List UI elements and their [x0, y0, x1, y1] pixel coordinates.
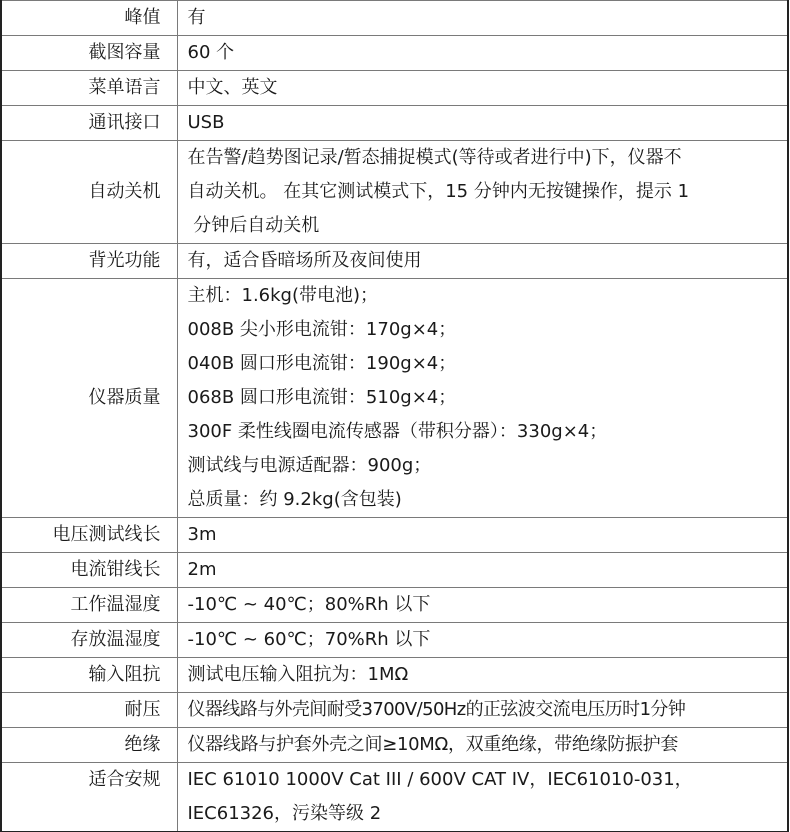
row-value: -10℃ ~ 40℃；80%Rh 以下 [177, 588, 788, 623]
table-row-auto-power-off: 自动关机 在告警/趋势图记录/暂态捕捉模式(等待或者进行中)下，仪器不 自动关机… [1, 141, 788, 244]
table-row-comm-interface: 通讯接口 USB [1, 106, 788, 141]
row-label: 截图容量 [1, 36, 177, 71]
value-line: 在告警/趋势图记录/暂态捕捉模式(等待或者进行中)下，仪器不 [188, 141, 788, 175]
value-line: -10℃ ~ 60℃；70%Rh 以下 [188, 623, 788, 657]
value-line: 有 [188, 1, 788, 35]
table-row-insulation: 绝缘 仪器线路与护套外壳之间≥10MΩ，双重绝缘，带绝缘防振护套 [1, 728, 788, 763]
row-label: 自动关机 [1, 141, 177, 244]
row-value: USB [177, 106, 788, 141]
value-line: IEC 61010 1000V Cat III / 600V CAT IV，IE… [188, 763, 788, 797]
value-line: 中文、英文 [188, 71, 788, 105]
value-line: 有，适合昏暗场所及夜间使用 [188, 244, 788, 278]
value-line: 仪器线路与外壳间耐受3700V/50Hz的正弦波交流电压历时1分钟 [188, 693, 788, 727]
row-value: 有，适合昏暗场所及夜间使用 [177, 244, 788, 279]
value-line: 300F 柔性线圈电流传感器（带积分器）：330g×4； [188, 415, 788, 449]
table-row-input-impedance: 输入阻抗 测试电压输入阻抗为：1MΩ [1, 658, 788, 693]
row-value: 测试电压输入阻抗为：1MΩ [177, 658, 788, 693]
table-row-screenshot-capacity: 截图容量 60 个 [1, 36, 788, 71]
table-row-safety-standards: 适合安规 IEC 61010 1000V Cat III / 600V CAT … [1, 763, 788, 832]
row-value: 仪器线路与护套外壳之间≥10MΩ，双重绝缘，带绝缘防振护套 [177, 728, 788, 763]
row-value: 中文、英文 [177, 71, 788, 106]
row-value: 仪器线路与外壳间耐受3700V/50Hz的正弦波交流电压历时1分钟 [177, 693, 788, 728]
row-value: IEC 61010 1000V Cat III / 600V CAT IV，IE… [177, 763, 788, 832]
row-label: 通讯接口 [1, 106, 177, 141]
table-row-operating-temp-humidity: 工作温湿度 -10℃ ~ 40℃；80%Rh 以下 [1, 588, 788, 623]
table-row-menu-language: 菜单语言 中文、英文 [1, 71, 788, 106]
row-label: 电流钳线长 [1, 553, 177, 588]
value-line: 主机：1.6kg(带电池)； [188, 279, 788, 313]
row-value: 2m [177, 553, 788, 588]
value-line: 分钟后自动关机 [188, 209, 788, 243]
value-line: 3m [188, 518, 788, 552]
value-line: 测试线与电源适配器：900g； [188, 449, 788, 483]
value-line: 008B 尖小形电流钳：170g×4； [188, 313, 788, 347]
value-line: 068B 圆口形电流钳：510g×4； [188, 381, 788, 415]
value-line: IEC61326，污染等级 2 [188, 797, 788, 831]
value-line: 60 个 [188, 36, 788, 70]
table-row-clamp-lead-length: 电流钳线长 2m [1, 553, 788, 588]
row-label: 存放温湿度 [1, 623, 177, 658]
table-row-instrument-weight: 仪器质量 主机：1.6kg(带电池)； 008B 尖小形电流钳：170g×4； … [1, 279, 788, 518]
table-row-storage-temp-humidity: 存放温湿度 -10℃ ~ 60℃；70%Rh 以下 [1, 623, 788, 658]
row-label: 峰值 [1, 1, 177, 36]
row-label: 适合安规 [1, 763, 177, 832]
table-row-withstand-voltage: 耐压 仪器线路与外壳间耐受3700V/50Hz的正弦波交流电压历时1分钟 [1, 693, 788, 728]
value-line: 2m [188, 553, 788, 587]
row-value: 主机：1.6kg(带电池)； 008B 尖小形电流钳：170g×4； 040B … [177, 279, 788, 518]
table-row-voltage-lead-length: 电压测试线长 3m [1, 518, 788, 553]
value-line: -10℃ ~ 40℃；80%Rh 以下 [188, 588, 788, 622]
row-label: 背光功能 [1, 244, 177, 279]
table-row-backlight: 背光功能 有，适合昏暗场所及夜间使用 [1, 244, 788, 279]
row-value: 60 个 [177, 36, 788, 71]
row-label: 电压测试线长 [1, 518, 177, 553]
row-value: 在告警/趋势图记录/暂态捕捉模式(等待或者进行中)下，仪器不 自动关机。 在其它… [177, 141, 788, 244]
value-line: 测试电压输入阻抗为：1MΩ [188, 658, 788, 692]
value-line: 仪器线路与护套外壳之间≥10MΩ，双重绝缘，带绝缘防振护套 [188, 728, 788, 762]
row-label: 菜单语言 [1, 71, 177, 106]
spec-table: 峰值 有 截图容量 60 个 菜单语言 中文、英文 通讯接口 USB 自动关机 [0, 0, 789, 832]
row-label: 绝缘 [1, 728, 177, 763]
row-label: 输入阻抗 [1, 658, 177, 693]
row-value: 3m [177, 518, 788, 553]
value-line: USB [188, 106, 788, 140]
value-line: 总质量：约 9.2kg(含包装) [188, 483, 788, 517]
value-line: 040B 圆口形电流钳：190g×4； [188, 347, 788, 381]
row-value: 有 [177, 1, 788, 36]
table-row-peak: 峰值 有 [1, 1, 788, 36]
row-label: 工作温湿度 [1, 588, 177, 623]
row-label: 耐压 [1, 693, 177, 728]
row-value: -10℃ ~ 60℃；70%Rh 以下 [177, 623, 788, 658]
value-line: 自动关机。 在其它测试模式下，15 分钟内无按键操作，提示 1 [188, 175, 788, 209]
row-label: 仪器质量 [1, 279, 177, 518]
